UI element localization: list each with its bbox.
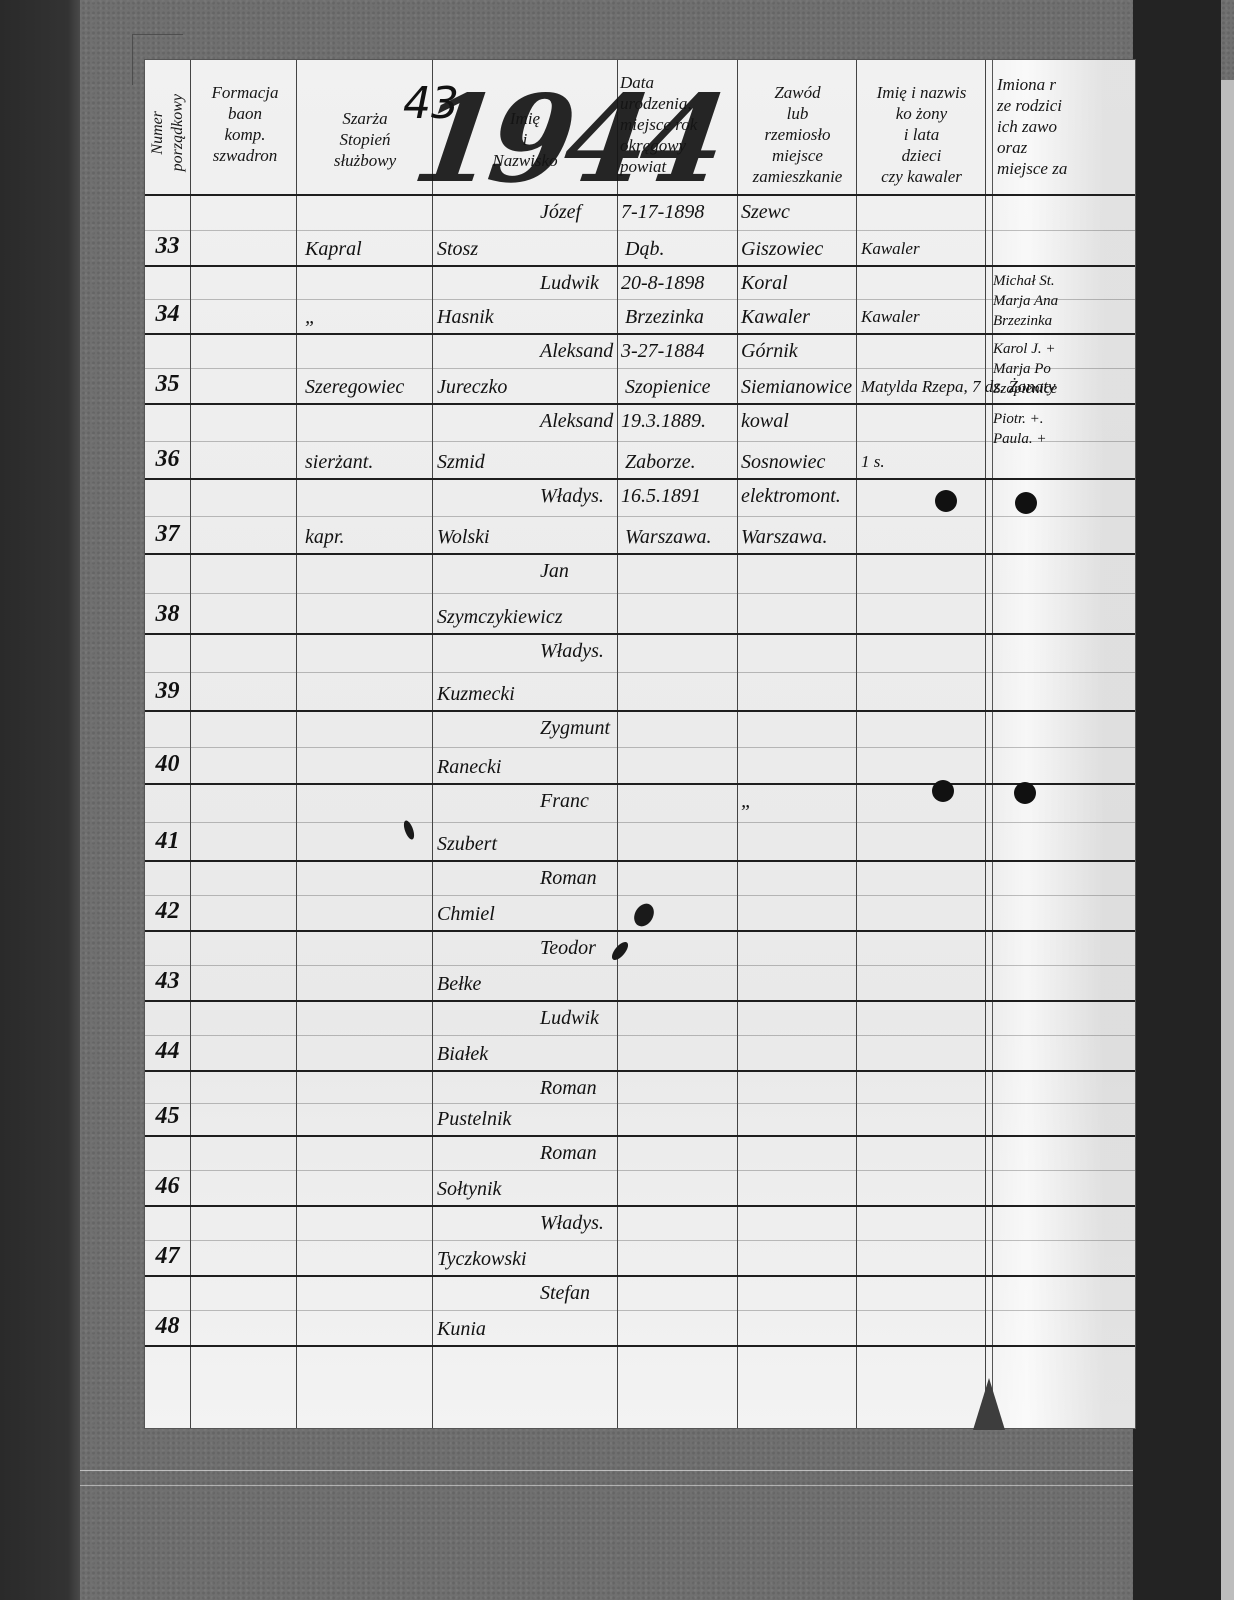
surname: Jureczko (437, 375, 507, 399)
row-separator (145, 1000, 1135, 1002)
row-number: 41 (145, 828, 190, 855)
first-name: Roman (540, 1076, 597, 1100)
row-separator (145, 930, 1135, 932)
header-col-trade: Zawódlubrzemiosło miejscezamieszkanie (740, 82, 855, 187)
row-guide-line (145, 1310, 1135, 1311)
header-col-number: Numer porządkowy (145, 70, 190, 195)
row-guide-line (145, 299, 1135, 300)
row-number: 33 (145, 233, 190, 260)
rank: „ (305, 305, 316, 329)
register-page: Numer porządkowy Formacjabaon komp.szwad… (145, 60, 1135, 1428)
family-status: Kawaler (861, 305, 920, 329)
birth-date: 3-27-1884 (621, 339, 704, 363)
row-guide-line (145, 895, 1135, 896)
row-number: 37 (145, 521, 190, 548)
first-name: Franc (540, 789, 589, 813)
first-name: Władys. (540, 1211, 604, 1235)
row-guide-line (145, 1170, 1135, 1171)
row-guide-line (145, 672, 1135, 673)
birth-place: Zaborze. (625, 450, 696, 474)
residence: Sosnowiec (741, 450, 825, 474)
row-number: 43 (145, 968, 190, 995)
row-guide-line (145, 1240, 1135, 1241)
row-number: 46 (145, 1173, 190, 1200)
row-guide-line (145, 368, 1135, 369)
row-number: 34 (145, 301, 190, 328)
row-number: 47 (145, 1243, 190, 1270)
first-name: Władys. (540, 484, 604, 508)
surname: Szmid (437, 450, 485, 474)
first-name: Jan (540, 559, 569, 583)
trade: Szewc (741, 200, 790, 224)
birth-date: 19.3.1889. (621, 409, 706, 433)
trade: Górnik (741, 339, 798, 363)
row-guide-line (145, 230, 1135, 231)
row-guide-line (145, 822, 1135, 823)
row-number: 38 (145, 601, 190, 628)
paper-tear (973, 1378, 1005, 1430)
row-separator (145, 1345, 1135, 1347)
row-separator (145, 710, 1135, 712)
punch-hole (935, 490, 957, 512)
surname: Ranecki (437, 755, 501, 779)
surname: Szymczykiewicz (437, 605, 563, 629)
surname: Tyczkowski (437, 1247, 527, 1271)
row-number: 35 (145, 371, 190, 398)
handwritten-year-mark: 1944 (407, 80, 726, 200)
residence: Siemianowice (741, 375, 852, 399)
surname: Wolski (437, 525, 490, 549)
rank: kapr. (305, 525, 344, 549)
first-name: Ludwik (540, 271, 599, 295)
ink-blot (609, 939, 631, 962)
row-separator (145, 1070, 1135, 1072)
row-separator (145, 265, 1135, 267)
row-number: 36 (145, 446, 190, 473)
surname: Bełke (437, 972, 481, 996)
row-guide-line (145, 516, 1135, 517)
row-separator (145, 478, 1135, 480)
row-number: 44 (145, 1038, 190, 1065)
header-col-parents: Imiona rze rodziciich zawo orazmiejsce z… (997, 74, 1132, 179)
rank: sierżant. (305, 450, 373, 474)
first-name: Roman (540, 866, 597, 890)
first-name: Władys. (540, 639, 604, 663)
birth-date: 20-8-1898 (621, 271, 704, 295)
first-name: Aleksand (540, 339, 613, 363)
row-number: 40 (145, 751, 190, 778)
surname: Stosz (437, 237, 478, 261)
row-number: 42 (145, 898, 190, 925)
birth-place: Warszawa. (625, 525, 712, 549)
parents-line: Szopienice (993, 377, 1057, 401)
scan-artifact-lines (80, 1470, 1133, 1486)
row-guide-line (145, 747, 1135, 748)
first-name: Roman (540, 1141, 597, 1165)
row-guide-line (145, 1035, 1135, 1036)
row-separator (145, 1275, 1135, 1277)
family-status: Kawaler (861, 237, 920, 261)
parents-line: Paula. + (993, 427, 1046, 451)
row-guide-line (145, 593, 1135, 594)
trade: elektromont. (741, 484, 841, 508)
first-name: Ludwik (540, 1006, 599, 1030)
punch-hole (1015, 492, 1037, 514)
surname: Pustelnik (437, 1107, 511, 1131)
trade: Koral (741, 271, 788, 295)
birth-date: 7-17-1898 (621, 200, 704, 224)
next-page-edge (1221, 80, 1234, 1600)
first-name: Aleksand (540, 409, 613, 433)
surname: Chmiel (437, 902, 495, 926)
residence: Warszawa. (741, 525, 828, 549)
row-separator (145, 633, 1135, 635)
trade: „ (741, 789, 752, 813)
scanner-right-band (1133, 0, 1221, 1600)
birth-place: Brzezinka (625, 305, 704, 329)
ink-blot (630, 900, 658, 930)
family-status: 1 s. (861, 450, 885, 474)
punch-hole (932, 780, 954, 802)
surname: Szubert (437, 832, 497, 856)
row-separator (145, 1205, 1135, 1207)
scanner-left-band (0, 0, 80, 1600)
header-col-family: Imię i nazwisko żonyi lata dzieciczy kaw… (859, 82, 984, 187)
first-name: Zygmunt (540, 716, 610, 740)
row-number: 39 (145, 678, 190, 705)
row-guide-line (145, 965, 1135, 966)
birth-date: 16.5.1891 (621, 484, 701, 508)
first-name: Stefan (540, 1281, 590, 1305)
surname: Sołtynik (437, 1177, 501, 1201)
row-separator (145, 783, 1135, 785)
birth-place: Szopienice (625, 375, 711, 399)
birth-place: Dąb. (625, 237, 664, 261)
rank: Kapral (305, 237, 362, 261)
row-number: 45 (145, 1103, 190, 1130)
rank: Szeregowiec (305, 375, 404, 399)
row-number: 48 (145, 1313, 190, 1340)
row-separator (145, 403, 1135, 405)
surname: Kuzmecki (437, 682, 515, 706)
punch-hole (1014, 782, 1036, 804)
row-guide-line (145, 1103, 1135, 1104)
trade: kowal (741, 409, 789, 433)
row-separator (145, 860, 1135, 862)
row-guide-line (145, 441, 1135, 442)
row-separator (145, 333, 1135, 335)
first-name: Józef (540, 200, 581, 224)
row-separator (145, 553, 1135, 555)
surname: Kunia (437, 1317, 486, 1341)
residence: Kawaler (741, 305, 810, 329)
row-separator (145, 1135, 1135, 1137)
header-col-formation: Formacjabaon komp.szwadron (195, 82, 295, 166)
surname: Białek (437, 1042, 488, 1066)
residence: Giszowiec (741, 237, 823, 261)
parents-line: Brzezinka (993, 309, 1052, 333)
surname: Hasnik (437, 305, 494, 329)
first-name: Teodor (540, 936, 596, 960)
